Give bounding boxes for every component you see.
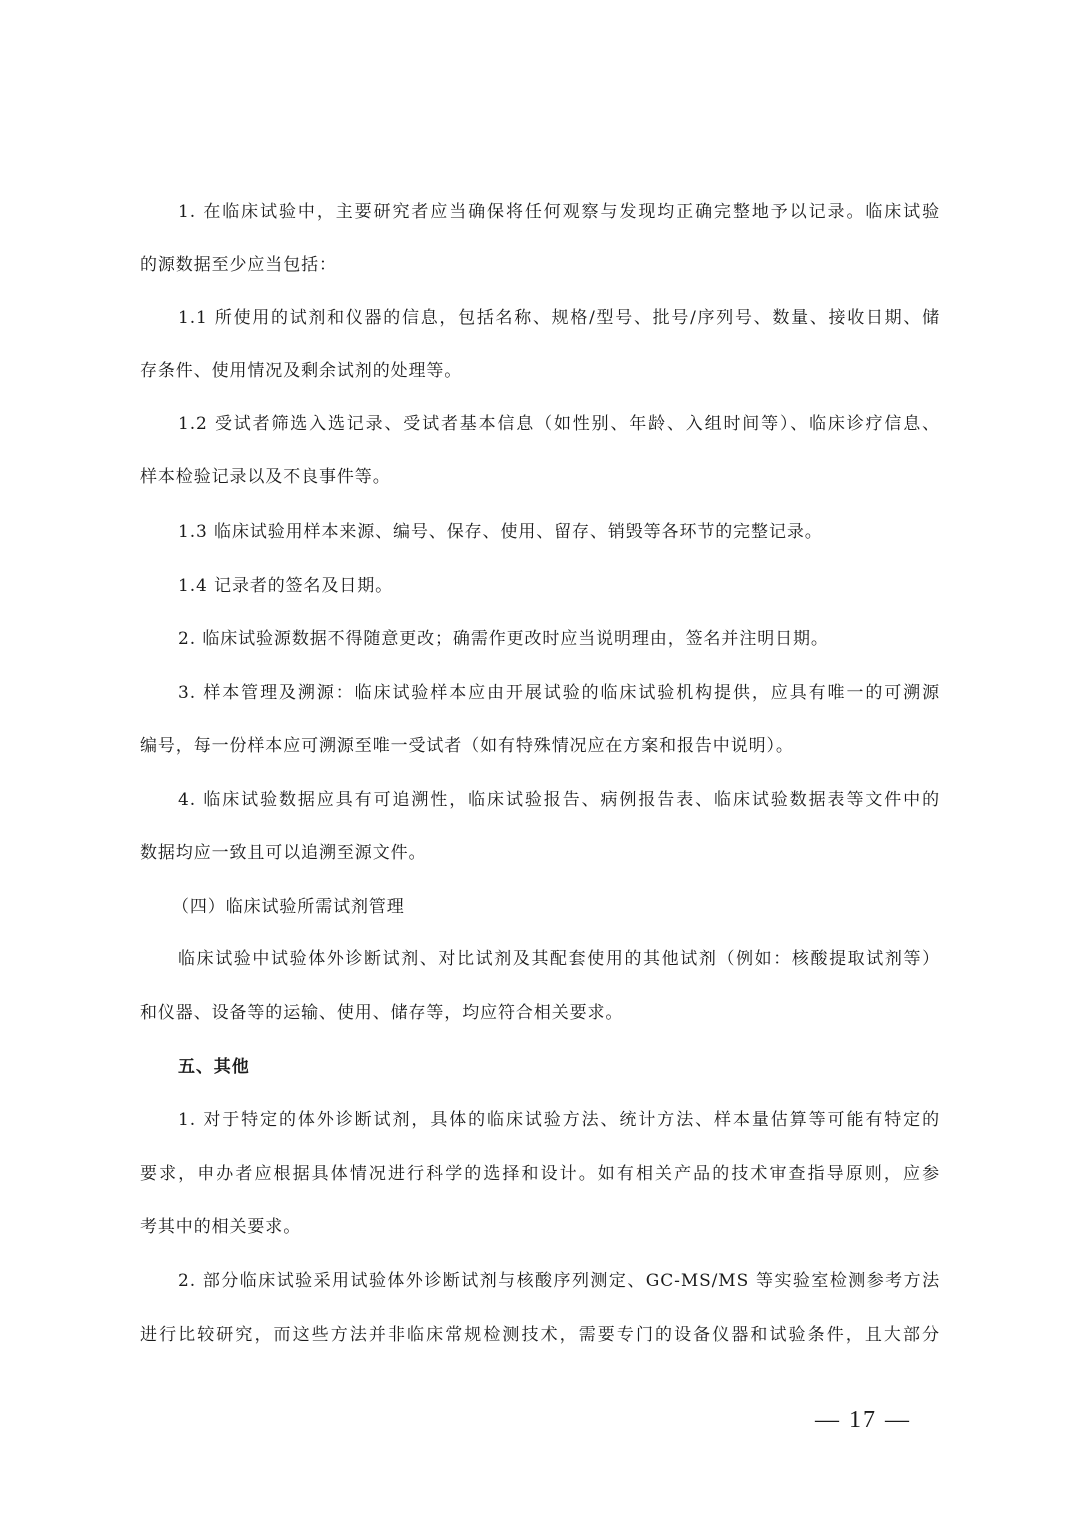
paragraph-other-1-line-1: 1. 对于特定的体外诊断试剂，具体的临床试验方法、统计方法、样本量估算等可能有特… <box>178 1107 940 1133</box>
paragraph-1-3: 1.3 临床试验用样本来源、编号、保存、使用、留存、销毁等各环节的完整记录。 <box>178 519 940 545</box>
paragraph-1-2-line-2: 样本检验记录以及不良事件等。 <box>140 464 940 490</box>
paragraph-3-line-2: 编号，每一份样本应可溯源至唯一受试者（如有特殊情况应在方案和报告中说明）。 <box>140 733 940 759</box>
paragraph-reagent-line-2: 和仪器、设备等的运输、使用、储存等，均应符合相关要求。 <box>140 1000 940 1026</box>
section-heading-5: 五、其他 <box>178 1054 940 1080</box>
section-heading-4: （四）临床试验所需试剂管理 <box>172 894 934 920</box>
paragraph-1-2-line-1: 1.2 受试者筛选入选记录、受试者基本信息（如性别、年龄、入组时间等）、临床诊疗… <box>178 411 940 437</box>
paragraph-4-line-1: 4. 临床试验数据应具有可追溯性，临床试验报告、病例报告表、临床试验数据表等文件… <box>178 787 940 813</box>
paragraph-1-line-2: 的源数据至少应当包括： <box>140 252 940 278</box>
document-page: 1. 在临床试验中，主要研究者应当确保将任何观察与发现均正确完整地予以记录。临床… <box>0 0 1080 1528</box>
paragraph-1-4: 1.4 记录者的签名及日期。 <box>178 573 940 599</box>
paragraph-3-line-1: 3. 样本管理及溯源：临床试验样本应由开展试验的临床试验机构提供，应具有唯一的可… <box>178 680 940 706</box>
paragraph-4-line-2: 数据均应一致且可以追溯至源文件。 <box>140 840 940 866</box>
paragraph-1-line-1: 1. 在临床试验中，主要研究者应当确保将任何观察与发现均正确完整地予以记录。临床… <box>178 199 940 225</box>
paragraph-other-2-line-2: 进行比较研究，而这些方法并非临床常规检测技术，需要专门的设备仪器和试验条件，且大… <box>140 1322 940 1348</box>
paragraph-1-1-line-2: 存条件、使用情况及剩余试剂的处理等。 <box>140 358 940 384</box>
page-number: — 17 — <box>815 1405 911 1435</box>
paragraph-reagent-line-1: 临床试验中试验体外诊断试剂、对比试剂及其配套使用的其他试剂（例如：核酸提取试剂等… <box>178 946 940 972</box>
paragraph-other-1-line-2: 要求，申办者应根据具体情况进行科学的选择和设计。如有相关产品的技术审查指导原则，… <box>140 1161 940 1187</box>
paragraph-other-2-line-1: 2. 部分临床试验采用试验体外诊断试剂与核酸序列测定、GC-MS/MS 等实验室… <box>178 1268 940 1294</box>
paragraph-2: 2. 临床试验源数据不得随意更改；确需作更改时应当说明理由，签名并注明日期。 <box>178 626 940 652</box>
paragraph-1-1-line-1: 1.1 所使用的试剂和仪器的信息，包括名称、规格/型号、批号/序列号、数量、接收… <box>178 305 940 331</box>
paragraph-other-1-line-3: 考其中的相关要求。 <box>140 1214 940 1240</box>
